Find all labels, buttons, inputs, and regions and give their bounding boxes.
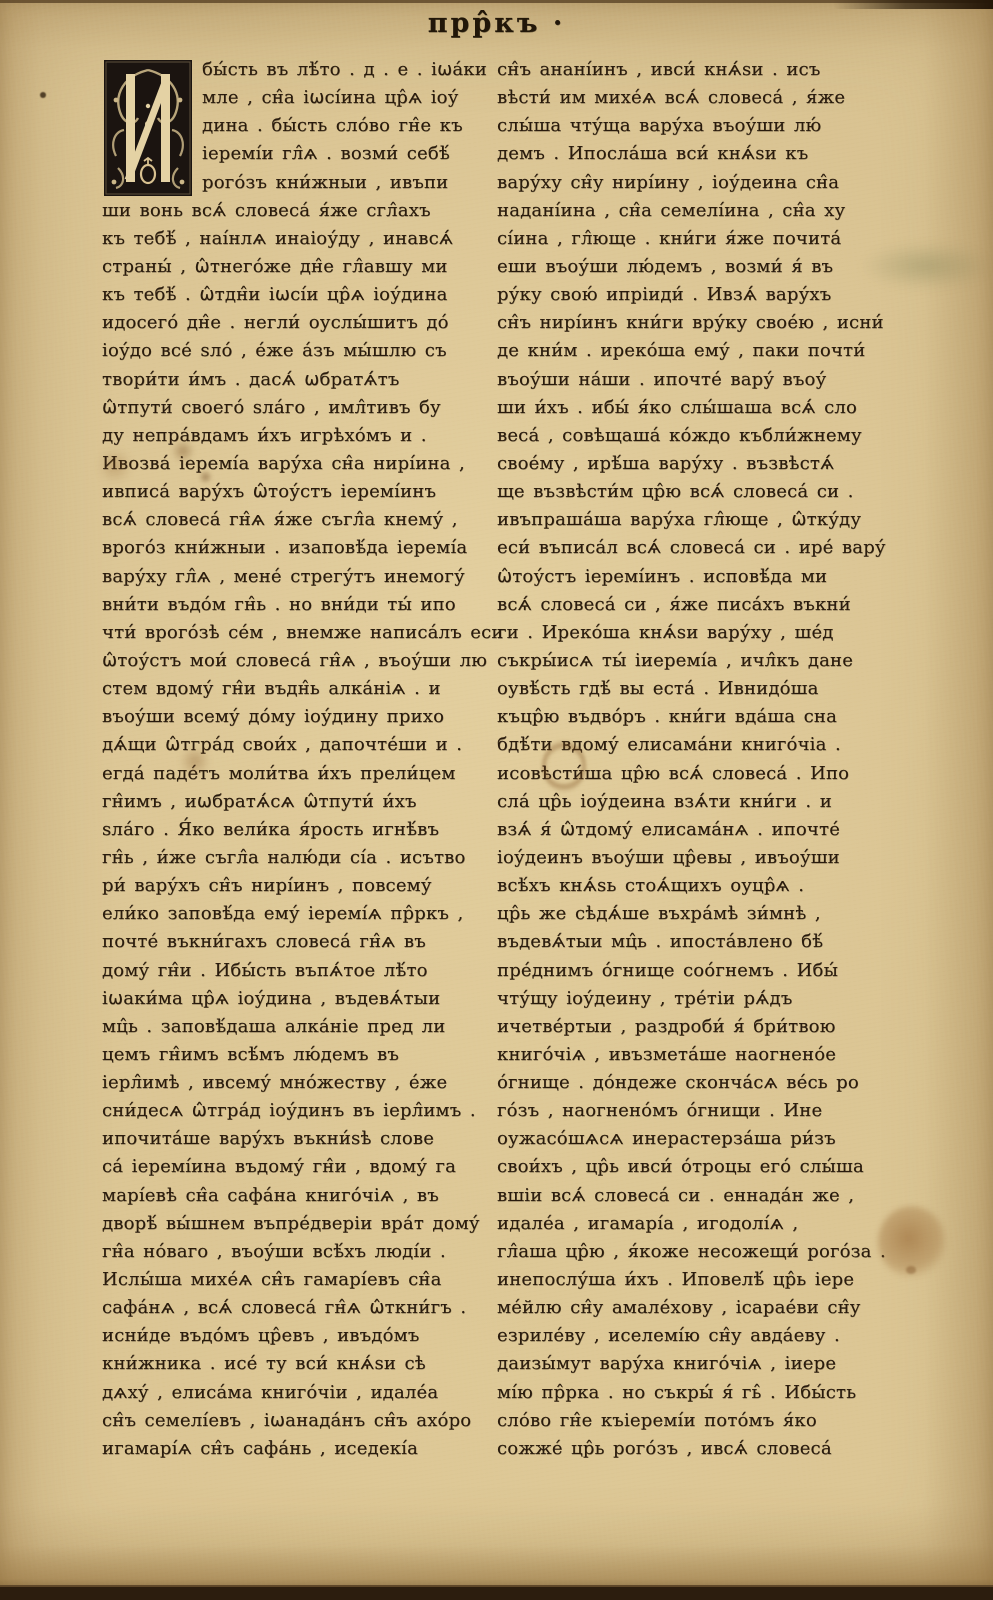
text-line: почте́ въкни́гахъ словеса́ гн̂ѧ въ <box>102 928 496 956</box>
text-line: го́зъ , наогнено́мъ о́гнищи . Ине <box>497 1097 889 1125</box>
text-line: слы́ша чту́ща вару́ха въоу́ши лю́ <box>497 112 889 140</box>
text-line: езриле́ву , иселемі́ю сн̂у авда́еву . <box>497 1322 889 1350</box>
text-line: цемъ гн̂имъ всѣ́мъ лю́демъ въ <box>102 1041 496 1069</box>
text-line: оувѣ́сть гдѣ́ вы еста́ . Ивнидо́ша <box>497 675 889 703</box>
text-line: ели́ко заповѣ́да ему́ іеремі́ѧ пр̂ркъ , <box>102 900 496 928</box>
running-header: прр̂къ · <box>0 8 993 39</box>
text-line: даизы́мут вару́ха книго́чіѧ , іиере <box>497 1350 889 1378</box>
text-line: ще възвѣсти́м цр̂ю всѧ́ словеса́ си . <box>497 478 889 506</box>
text-line: въдевѧ́тыи мц̂ь . ипоста́влено бѣ́ <box>497 928 889 956</box>
text-line: всѣ́хъ кнѧ́ѕь стоѧ́щихъ оуцр̂ѧ . <box>497 872 889 900</box>
text-line: дому́ гн̂и . Ибы́сть въпѧ́тое лѣ́то <box>102 957 496 985</box>
text-line: іеремі́и гл̂ѧ . возми́ себѣ́ <box>102 140 496 168</box>
ink-speck <box>40 92 46 98</box>
text-line: іоу́деинъ въоу́ши цр̂евы , ивъоу́ши <box>497 844 889 872</box>
text-line: ивписа́ вару́хъ ѡ̂тоу́стъ іеремі́инъ <box>102 478 496 506</box>
text-line: свое́му , ирѣ́ша вару́ху . възвѣстѧ́ <box>497 450 889 478</box>
page-bottom-edge <box>0 1585 993 1600</box>
text-line: къ тебѣ́ , наі́нлѧ инаіоу́ду , инавсѧ́ <box>102 225 496 253</box>
text-line: вшіи всѧ́ словеса́ си . еннада́н же , <box>497 1182 889 1210</box>
text-line: сафа́нѧ , всѧ́ словеса́ гн̂ѧ ѡ̂ткни́гъ . <box>102 1294 496 1322</box>
text-line: іерл̂имѣ , ивсему́ мно́жеству , е́же <box>102 1069 496 1097</box>
text-line: ру́ку свою́ ипріиди́ . Ивзѧ́ вару́хъ <box>497 281 889 309</box>
text-line: ивъпраша́ша вару́ха гл̂юще , ѡ̂тку́ду <box>497 506 889 534</box>
text-line: стем вдому́ гн̂и въдн̂ь алка́ніѧ . и <box>102 675 496 703</box>
ink-speck <box>906 1266 916 1274</box>
text-line: демъ . Ипосла́ша вси́ кнѧ́ѕи къ <box>497 140 889 168</box>
text-line: марі́евѣ сн̂а сафа́на книго́чіѧ , въ <box>102 1182 496 1210</box>
text-line: взѧ́ я́ ѡ̂тдому́ елисама́нѧ . ипочте́ <box>497 816 889 844</box>
text-line: еши въоу́ши лю́демъ , возми́ я́ въ <box>497 253 889 281</box>
text-line: исни́де въдо́мъ цр̂евъ , ивъдо́мъ <box>102 1322 496 1350</box>
text-line: еси́ въписа́л всѧ́ словеса́ си . ире́ ва… <box>497 534 889 562</box>
text-line: мц̂ь . заповѣ́даша алка́ніе пред ли <box>102 1013 496 1041</box>
text-line: сло́во гн̂е къіеремі́и пото́мъ я́ко <box>497 1407 889 1435</box>
text-line: веса́ , совѣщаша́ ко́ждо къбли́жнему <box>497 422 889 450</box>
text-line: кни́жника . исе́ ту вси́ кнѧ́ѕи сѣ <box>102 1350 496 1378</box>
text-line: идале́а , игамарі́а , игодолі́ѧ , <box>497 1210 889 1238</box>
text-line: рого́зъ кни́жныи , ивъпи <box>102 169 496 197</box>
text-line: гн̂а но́ваго , въоу́ши всѣ́хъ люді́и . <box>102 1238 496 1266</box>
text-line: всѧ́ словеса́ си , я́же писа́хъ въкни́ <box>497 591 889 619</box>
text-column-right: сн̂ъ анані́инъ , ивси́ кнѧ́ѕи . исъвѣсти… <box>497 56 889 1463</box>
text-line: сі́ина , гл̂юще . кни́ги я́же почита́ <box>497 225 889 253</box>
text-line: сн̂ъ нирі́инъ кни́ги вру́ку свое́ю , исн… <box>497 309 889 337</box>
text-line: игамарі́ѧ сн̂ъ сафа́нь , иседекі́а <box>102 1435 496 1463</box>
text-line: исовѣсти́ша цр̂ю всѧ́ словеса́ . Ипо <box>497 760 889 788</box>
text-line: ѡ̂тоу́стъ мои́ словеса́ гн̂ѧ , въоу́ши л… <box>102 647 496 675</box>
text-line: вѣсти́ им михе́ѧ всѧ́ словеса́ , я́же <box>497 84 889 112</box>
text-line: чти́ врого́зѣ се́м , внемже написа́лъ ес… <box>102 619 496 647</box>
text-line: гн̂ь , и́же съгл̂а налю́ди сі́а . исътво <box>102 844 496 872</box>
text-line: книго́чіѧ , ивъзмета́ше наогнено́е <box>497 1041 889 1069</box>
text-line: надані́ина , сн̂а семелі́ина , сн̂а ху <box>497 197 889 225</box>
text-line: ипочита́ше вару́хъ въкни́ѕѣ слове <box>102 1125 496 1153</box>
text-line: къцр̂ю въдво́ръ . кни́ги вда́ша сна <box>497 703 889 731</box>
text-line: врого́з кни́жныи . изаповѣ́да іеремі́а <box>102 534 496 562</box>
text-line: идосего́ дн̂е . негли́ оуслы́шитъ до́ <box>102 309 496 337</box>
manuscript-page: прр̂къ · бы́сть въ лѣ́то . д . е <box>0 0 993 1600</box>
text-line: ѡ̂тпути́ своего́ ѕла́го , имл̂тивъ бу <box>102 394 496 422</box>
text-line: гл̂аша цр̂ю , я́коже несожещи́ рого́за . <box>497 1238 889 1266</box>
text-line: сла́ цр̂ь іоу́деина взѧ́ти кни́ги . и <box>497 788 889 816</box>
text-line: гн̂имъ , иѡбратѧ́сѧ ѡ̂тпути́ и́хъ <box>102 788 496 816</box>
text-line: въоу́ши на́ши . ипочте́ вару́ въоу́ <box>497 366 889 394</box>
text-line: ши и́хъ . ибы́ я́ко слы́шаша всѧ́ сло <box>497 394 889 422</box>
text-line: сн̂ъ анані́инъ , ивси́ кнѧ́ѕи . исъ <box>497 56 889 84</box>
text-line: всѧ́ словеса́ гн̂ѧ я́же съгл̂а кнему́ , <box>102 506 496 534</box>
text-line: дина . бы́сть сло́во гн̂е къ <box>102 112 496 140</box>
text-line: ѡ̂тоу́стъ іеремі́инъ . исповѣ́да ми <box>497 563 889 591</box>
text-line: сни́десѧ ѡ̂тгра́д іоу́динъ въ іерл̂имъ . <box>102 1097 496 1125</box>
text-line: ѕла́го . Я́ко вели́ка я́рость игнѣ́въ <box>102 816 496 844</box>
text-line: егда́ паде́тъ моли́тва и́хъ прели́цем <box>102 760 496 788</box>
text-line: свои́хъ , цр̂ь ивси́ о́троцы его́ слы́ша <box>497 1153 889 1181</box>
text-line: съкры́исѧ ты́ іиеремі́а , ичл̂къ дане <box>497 647 889 675</box>
page-bottom-curl <box>0 1545 993 1587</box>
text-line: твори́ти и́мъ . дасѧ́ ѡбратѧ́тъ <box>102 366 496 394</box>
text-line: ри́ вару́хъ сн̂ъ нирі́инъ , повсему́ <box>102 872 496 900</box>
text-line: въоу́ши всему́ до́му іоу́дину прихо <box>102 703 496 731</box>
text-line: іѡаки́ма цр̂ѧ іоу́дина , въдевѧ́тыи <box>102 985 496 1013</box>
text-line: бы́сть въ лѣ́то . д . е . іѡа́ки <box>102 56 496 84</box>
text-line: дѧху́ , елиса́ма книго́чіи , идале́а <box>102 1379 496 1407</box>
text-line: са́ іеремі́ина въдому́ гн̂и , вдому́ га <box>102 1153 496 1181</box>
text-line: ду непра́вдамъ и́хъ игрѣхо́мъ и . <box>102 422 496 450</box>
text-line: ги . Иреко́ша кнѧ́ѕи вару́ху , ше́д <box>497 619 889 647</box>
text-line: ме́йлю сн̂у амале́хову , ісарае́ви сн̂у <box>497 1294 889 1322</box>
text-line: страны́ , ѡ̂тнего́же дн̂е гл̂авшу ми <box>102 253 496 281</box>
text-line: сожже́ цр̂ь рого́зъ , ивсѧ́ словеса́ <box>497 1435 889 1463</box>
text-line: мле , сн̂а іѡсі́ина цр̂ѧ іоу́ <box>102 84 496 112</box>
text-column-left: бы́сть въ лѣ́то . д . е . іѡа́кимле , сн… <box>102 56 496 1463</box>
text-line: чту́щу іоу́деину , тре́тіи рѧ́дъ <box>497 985 889 1013</box>
text-line: дворѣ́ вы́шнем въпре́дверіи вра́т дому́ <box>102 1210 496 1238</box>
text-line: инепослу́ша и́хъ . Иповелѣ́ цр̂ь іере <box>497 1266 889 1294</box>
text-line: іоу́до все́ ѕло́ , е́же а́зъ мы́шлю съ <box>102 337 496 365</box>
text-line: дѧ́щи ѡ̂тгра́д свои́х , дапочте́ши и . <box>102 731 496 759</box>
text-line: бдѣ́ти вдому́ елисама́ни книго́чіа . <box>497 731 889 759</box>
text-line: Ислы́ша михе́ѧ сн̂ъ гамарі́евъ сн̂а <box>102 1266 496 1294</box>
text-line: Ивозва́ іеремі́а вару́ха сн̂а нирі́ина , <box>102 450 496 478</box>
text-line: вару́ху гл̂ѧ , мене́ стрегу́тъ инемогу́ <box>102 563 496 591</box>
text-line: оужасо́шѧсѧ инерастерза́ша ри́зъ <box>497 1125 889 1153</box>
text-line: пре́днимъ о́гнище соо́гнемъ . Ибы́ <box>497 957 889 985</box>
text-line: ичетве́ртыи , раздроби́ я́ бри́твою <box>497 1013 889 1041</box>
text-line: къ тебѣ́ . ѡ̂тдн̂и іѡсі́и цр̂ѧ іоу́дина <box>102 281 496 309</box>
text-line: мі́ю пр̂рка . но съкры́ я́ гь̂ . Ибы́сть <box>497 1379 889 1407</box>
text-line: вни́ти въдо́м гн̂ь . но вни́ди ты́ ипо <box>102 591 496 619</box>
text-line: ши вонь всѧ́ словеса́ я́же сгл̂ахъ <box>102 197 496 225</box>
text-line: сн̂ъ семелі́евъ , іѡанада́нъ сн̂ъ ахо́ро <box>102 1407 496 1435</box>
text-line: де кни́м . иреко́ша ему́ , паки почти́ <box>497 337 889 365</box>
text-line: о́гнище . до́ндеже сконча́сѧ ве́сь ро <box>497 1069 889 1097</box>
text-line: вару́ху сн̂у нирі́ину , іоу́деина сн̂а <box>497 169 889 197</box>
text-line: цр̂ь же сѣдѧ́ше въхра́мѣ зи́мнѣ , <box>497 900 889 928</box>
